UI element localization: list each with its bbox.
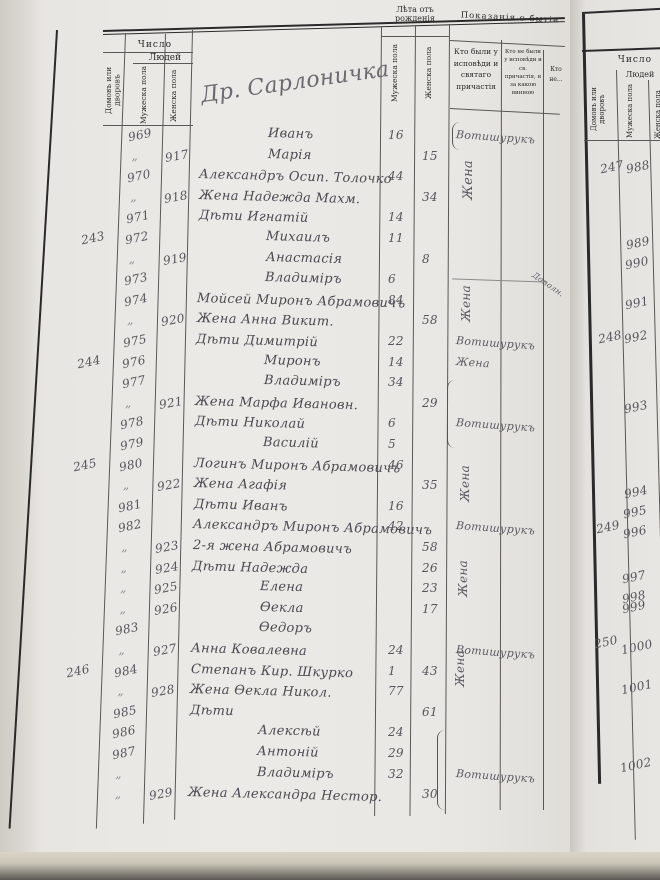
ditto-mark: „ xyxy=(119,643,126,657)
age-female: 29 xyxy=(422,396,438,410)
male-number: 985 xyxy=(112,702,138,721)
right-house-number: 247 xyxy=(599,158,625,177)
header-kto-ne-byli: Кто не были у исповѣди и св. причастія, … xyxy=(503,48,543,98)
person-name: Марія xyxy=(267,147,311,163)
header-chislo: Число xyxy=(125,40,185,50)
female-number: 922 xyxy=(156,476,182,494)
age-male: 24 xyxy=(388,643,404,657)
person-name: Жена Өекла Никол. xyxy=(190,682,332,701)
village-heading: Др. Сарлоничка xyxy=(199,57,391,108)
person-name: Анастасія xyxy=(266,250,343,267)
ditto-mark: „ xyxy=(123,478,130,492)
age-female: 26 xyxy=(422,561,438,575)
person-name: Иванъ xyxy=(268,126,314,142)
male-number: 981 xyxy=(117,496,143,515)
person-name: Владиміръ xyxy=(257,765,334,782)
right-house-number: 249 xyxy=(595,518,621,537)
age-female: 61 xyxy=(422,705,438,719)
right-header-zhen: Женска пола xyxy=(654,90,660,140)
right-header-chislo: Число xyxy=(610,55,660,65)
brace-3 xyxy=(437,730,445,810)
right-house-number: 248 xyxy=(597,328,623,347)
age-female: 35 xyxy=(422,478,438,492)
right-male-number: 989 xyxy=(624,234,650,253)
person-name: Дѣти Надежда xyxy=(192,559,309,577)
page-shadow xyxy=(0,0,40,868)
person-name: Антоній xyxy=(257,744,319,761)
person-name: Михаилъ xyxy=(266,229,331,246)
person-name: Дѣти xyxy=(190,703,234,719)
person-name: Владиміръ xyxy=(263,373,340,390)
header-muzh: Мужеска пола xyxy=(140,68,149,124)
male-number: 974 xyxy=(122,290,148,309)
right-male-number: 997 xyxy=(621,568,647,587)
ditto-mark: „ xyxy=(121,540,128,554)
age-female: 17 xyxy=(422,602,438,616)
ditto-mark: „ xyxy=(127,313,134,327)
age-male: 46 xyxy=(388,458,404,472)
person-name: Жена Марфа Ивановн. xyxy=(195,394,359,413)
age-female: 58 xyxy=(422,540,438,554)
female-number: 920 xyxy=(160,311,186,329)
female-number: 925 xyxy=(153,579,179,597)
communion-note: Вотишурукъ xyxy=(456,416,536,435)
person-name: Дѣти Димитрій xyxy=(196,332,318,350)
person-name: Степанъ Кир. Шкурко xyxy=(190,662,353,681)
col-line-kto-ne xyxy=(543,50,544,810)
age-male: 24 xyxy=(388,725,404,739)
age-male: 77 xyxy=(388,684,404,698)
age-female: 43 xyxy=(422,664,438,678)
vertical-note-1: Жена xyxy=(461,160,476,200)
col-line-male-no xyxy=(143,34,166,824)
header-zhen: Женска пола xyxy=(170,68,179,124)
right-male-number: 988 xyxy=(625,158,651,177)
age-male: 32 xyxy=(388,767,404,781)
male-number: 982 xyxy=(117,517,143,536)
right-male-number: 1000 xyxy=(620,637,654,657)
ditto-mark: „ xyxy=(129,252,136,266)
brace-2 xyxy=(447,380,455,448)
right-male-number: 990 xyxy=(624,254,650,273)
male-number: 969 xyxy=(127,126,153,145)
communion-note: Вотишурукъ xyxy=(456,334,536,353)
male-number: 972 xyxy=(124,229,150,248)
right-male-number: 993 xyxy=(623,398,649,417)
communion-note: Вотишурукъ xyxy=(456,128,536,147)
register-page-right: Число Людей Домовъ или дворовъ Мужеска п… xyxy=(570,0,660,868)
male-number: 977 xyxy=(120,373,146,392)
house-number: 246 xyxy=(65,661,91,680)
female-number: 919 xyxy=(162,250,188,268)
person-name: 2-я жена Абрамовичъ xyxy=(193,538,353,557)
brace-1 xyxy=(452,122,460,150)
person-name: Дѣти Николай xyxy=(195,414,306,432)
right-header-border xyxy=(582,47,660,52)
right-male-number: 1002 xyxy=(619,755,653,775)
age-male: 84 xyxy=(388,293,404,307)
male-number: 984 xyxy=(113,661,139,680)
male-number: 980 xyxy=(118,455,144,474)
right-male-number: 991 xyxy=(624,294,650,313)
header-leta: Лѣта отъ рожденія xyxy=(385,5,445,23)
age-female: 34 xyxy=(422,190,438,204)
male-number: 983 xyxy=(114,620,140,639)
male-number: 971 xyxy=(125,208,151,227)
header-leta-zhen: Женска пола xyxy=(425,44,434,102)
person-name: Елена xyxy=(260,579,304,595)
age-male: 5 xyxy=(388,437,396,451)
header-leta-muzh: Мужеска пола xyxy=(391,44,400,102)
right-male-number: 1001 xyxy=(620,677,654,697)
male-number: 978 xyxy=(119,414,145,433)
right-header-muzh: Мужеска пола xyxy=(626,86,634,138)
age-male: 11 xyxy=(388,231,404,245)
person-name: Василій xyxy=(262,435,318,451)
ditto-mark: „ xyxy=(120,581,127,595)
male-number: 973 xyxy=(123,270,149,289)
person-name: Жена Александра Нестор. xyxy=(188,785,383,805)
person-name: Анна Ковалевна xyxy=(191,641,307,659)
person-name: Өедоръ xyxy=(259,620,313,636)
person-name: Жена Анна Викит. xyxy=(197,311,334,330)
ditto-mark: „ xyxy=(125,396,132,410)
male-number: 970 xyxy=(126,167,152,186)
male-number: 986 xyxy=(111,723,137,742)
right-header-lyudey: Людей xyxy=(620,70,660,79)
age-female: 58 xyxy=(422,313,438,327)
male-number: 976 xyxy=(121,352,147,371)
person-name: Алексѣй xyxy=(257,723,320,740)
house-number: 244 xyxy=(76,352,102,371)
person-name: Дѣти Игнатій xyxy=(198,208,308,226)
female-number: 921 xyxy=(158,394,184,412)
header-lyudey: Людей xyxy=(140,53,190,63)
margin-note: Дополн. xyxy=(531,270,566,298)
person-name: Дѣти Иванъ xyxy=(193,497,287,514)
person-name: Миронъ xyxy=(264,353,321,369)
age-female: 15 xyxy=(422,149,438,163)
register-page-left: Число Людей Домовъ или дворовъ Мужеска п… xyxy=(0,0,575,868)
age-male: 44 xyxy=(388,169,404,183)
age-male: 6 xyxy=(388,272,396,286)
vertical-note-2: Жена xyxy=(459,285,473,322)
age-female: 8 xyxy=(422,252,430,266)
vertical-note-5: Жена xyxy=(453,650,467,687)
age-male: 42 xyxy=(388,519,404,533)
communion-note: Вотишурукъ xyxy=(456,643,536,662)
male-number: 987 xyxy=(111,744,137,763)
female-number: 927 xyxy=(151,641,177,659)
header-next-col: Кто не... xyxy=(545,65,567,84)
right-male-number: 992 xyxy=(623,328,649,347)
female-number: 918 xyxy=(163,188,189,206)
communion-note: Жена xyxy=(456,355,491,370)
age-male: 34 xyxy=(388,375,404,389)
age-female: 30 xyxy=(422,787,438,801)
person-name: Александръ Осип. Толочко xyxy=(199,167,392,187)
female-number: 929 xyxy=(148,785,174,803)
age-male: 16 xyxy=(388,499,404,513)
age-male: 6 xyxy=(388,416,396,430)
right-header-sep xyxy=(584,140,660,141)
female-number: 923 xyxy=(154,538,180,556)
age-male: 16 xyxy=(388,128,404,142)
col-line-age-m xyxy=(409,26,416,816)
male-number: 975 xyxy=(121,332,147,351)
person-name: Мойсей Миронъ Абрамовичъ xyxy=(197,291,406,311)
age-male: 22 xyxy=(388,334,404,348)
right-male-number: 996 xyxy=(622,523,648,542)
communion-note: Вотишурукъ xyxy=(456,519,536,538)
header-leta-line xyxy=(381,36,449,37)
ditto-mark: „ xyxy=(120,602,127,616)
female-number: 926 xyxy=(153,600,179,618)
col-line-name-end xyxy=(374,26,382,816)
age-male: 1 xyxy=(388,664,396,678)
ditto-mark: „ xyxy=(121,561,128,575)
house-number: 243 xyxy=(80,229,106,248)
female-number: 917 xyxy=(164,147,190,165)
person-name: Логинъ Миронъ Абрамовичъ xyxy=(194,456,401,476)
age-male: 29 xyxy=(388,746,404,760)
header-kto-byli: Кто были у исповѣди и святаго причастія xyxy=(452,46,500,93)
right-col-line-2 xyxy=(648,80,660,840)
ditto-mark: „ xyxy=(115,787,122,801)
vertical-note-4: Жена xyxy=(456,560,470,597)
female-number: 924 xyxy=(154,559,180,577)
header-domov: Домовъ или дворовъ xyxy=(105,58,127,122)
house-number: 245 xyxy=(72,455,98,474)
ditto-mark: „ xyxy=(131,149,138,163)
person-name: Владиміръ xyxy=(265,270,342,287)
male-number: 979 xyxy=(119,435,145,454)
person-name: Жена Надежда Махм. xyxy=(199,188,361,207)
female-number: 928 xyxy=(150,682,176,700)
ditto-mark: „ xyxy=(115,767,122,781)
page-bottom-edge xyxy=(0,852,660,880)
age-male: 14 xyxy=(388,210,404,224)
communion-note: Вотишурукъ xyxy=(456,767,536,786)
ditto-mark: „ xyxy=(130,190,137,204)
right-header-domov: Домовъ или дворовъ xyxy=(590,82,612,137)
age-male: 14 xyxy=(388,355,404,369)
right-top-border xyxy=(582,8,660,14)
right-col-line-1 xyxy=(616,70,636,840)
vertical-note-3: Жена xyxy=(458,465,472,502)
person-name: Өекла xyxy=(260,600,304,616)
ditto-mark: „ xyxy=(117,684,124,698)
person-name: Жена Агафія xyxy=(194,476,288,493)
age-female: 23 xyxy=(422,581,438,595)
